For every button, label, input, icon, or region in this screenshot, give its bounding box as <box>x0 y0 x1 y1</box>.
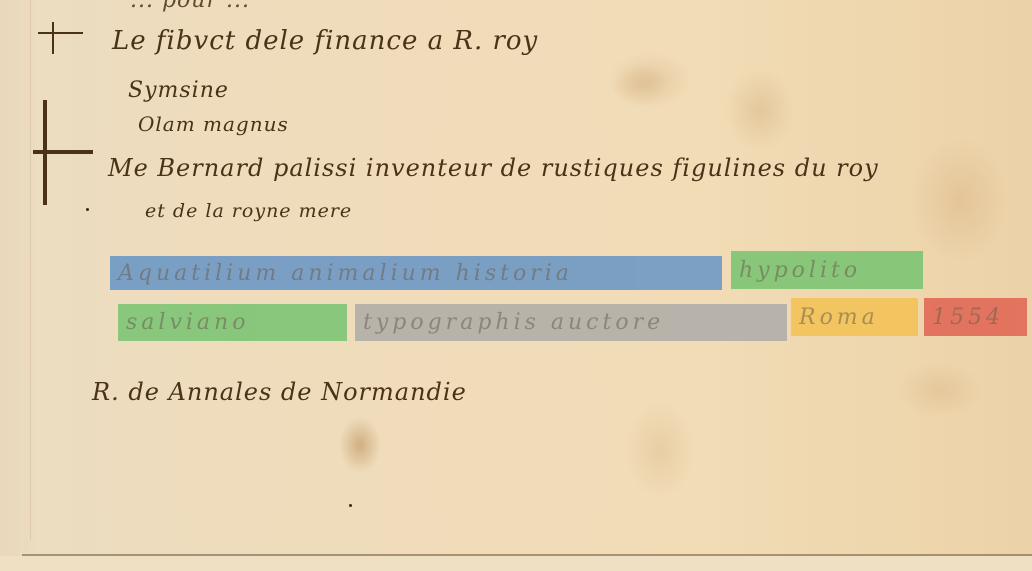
highlight-author-last-text: salviano <box>118 310 249 335</box>
highlight-author-first-text: hypolito <box>731 258 861 283</box>
cross-mark-icon <box>52 22 54 54</box>
handwritten-line-1: Le fibvct dele finance a R. roy <box>112 26 538 56</box>
ink-dot <box>349 504 352 507</box>
highlight-publisher[interactable]: typographis auctore <box>355 304 787 341</box>
handwritten-line-2: Symsine <box>128 78 229 103</box>
manuscript-page: ... pour ... Le fibvct dele finance a R.… <box>0 0 1032 571</box>
highlight-place[interactable]: Roma <box>791 298 918 336</box>
handwritten-line-4: Me Bernard palissi inventeur de rustique… <box>108 154 879 182</box>
cross-mark-icon <box>38 32 83 34</box>
margin-fold <box>30 0 31 540</box>
handwritten-line-5: et de la royne mere <box>145 200 352 222</box>
highlight-year[interactable]: 1554 <box>924 298 1027 336</box>
cross-mark-icon <box>33 150 93 154</box>
handwritten-line-0: ... pour ... <box>130 0 250 13</box>
highlight-year-text: 1554 <box>924 305 1004 330</box>
highlight-place-text: Roma <box>791 305 879 330</box>
highlight-title[interactable]: Aquatilium animalium historia <box>110 256 722 290</box>
highlight-publisher-text: typographis auctore <box>355 310 664 335</box>
ink-dot <box>86 208 89 211</box>
handwritten-line-3: Olam magnus <box>138 112 289 136</box>
highlight-title-text: Aquatilium animalium historia <box>110 261 573 286</box>
highlight-author-last[interactable]: salviano <box>118 304 347 341</box>
underlying-page <box>0 556 1032 571</box>
highlight-author-first[interactable]: hypolito <box>731 251 923 289</box>
handwritten-line-6: R. de Annales de Normandie <box>92 378 467 406</box>
